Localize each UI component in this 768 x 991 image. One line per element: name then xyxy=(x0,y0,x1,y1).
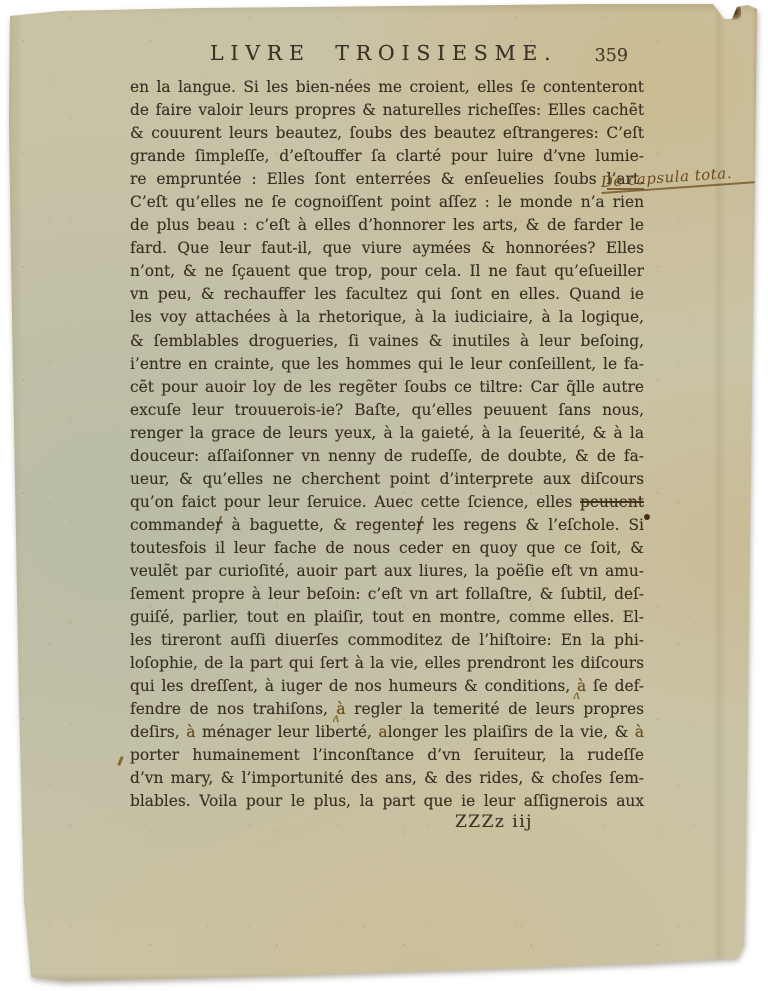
text-line: qu’on faict pour leur ſeruice. Auec cett… xyxy=(130,491,644,514)
text-line: les voy attachées à la rhetorique, à la … xyxy=(130,306,644,329)
text-line: excuſe leur trouuerois-ie? Baſte, qu’ell… xyxy=(130,399,644,422)
text-line: i’entre en crainte, que les hommes qui l… xyxy=(130,353,644,376)
text-line: veulẽt par curioſité, auoir part aux liu… xyxy=(130,560,644,583)
scan-area: LIVRE TROISIESME. 359 en la langue. Si l… xyxy=(0,0,768,991)
text-line: vn peu, & rechauffer les facultez qui ſo… xyxy=(130,283,644,306)
text-line: commander à baguette, & regenter les reg… xyxy=(130,514,644,537)
text-line: ueur, & qu’elles ne cherchent point d’in… xyxy=(130,468,644,491)
book-page: LIVRE TROISIESME. 359 en la langue. Si l… xyxy=(0,0,768,991)
text-line: & couurent leurs beautez, ſoubs des beau… xyxy=(130,122,644,145)
text-line: C’eſt qu’elles ne ſe cognoiſſent point a… xyxy=(130,191,644,214)
page-number: 359 xyxy=(595,46,628,66)
ink-tick-mark xyxy=(117,756,124,766)
text-line: toutesfois il leur fache de nous ceder e… xyxy=(130,537,644,560)
text-line: de plus beau : c’eſt à elles d’honnorer … xyxy=(130,214,644,237)
page-header: LIVRE TROISIESME. 359 xyxy=(130,41,644,71)
text-line: de faire valoir leurs propres & naturell… xyxy=(130,99,644,122)
text-line: en la langue. Si les bien-nées me croien… xyxy=(130,76,644,99)
printer-signature: ZZZz iij xyxy=(130,812,644,832)
text-lines: en la langue. Si les bien-nées me croien… xyxy=(130,76,644,814)
text-line: fendre de nos trahiſons, ʌà regler la te… xyxy=(130,698,644,721)
text-line: d’vn mary, & l’importunité des ans, & de… xyxy=(130,767,644,790)
text-line: porter humainement l’inconſtance d’vn ſe… xyxy=(130,744,644,767)
text-line: renger la grace de leurs yeux, à la gaie… xyxy=(130,422,644,445)
text-line: & ſemblables drogueries, ſi vaines & inu… xyxy=(130,330,644,353)
text-line: qui les dreſſent, à iuger de nos humeurs… xyxy=(130,675,644,698)
text-line: ſement propre à leur beſoin: c’eſt vn ar… xyxy=(130,583,644,606)
text-line: n’ont, & ne ſçauent que trop, pour cela.… xyxy=(130,260,644,283)
text-line: blables. Voila pour le plus, la part que… xyxy=(130,790,644,813)
text-line: deſirs, à ménager leur liberté, alonger … xyxy=(130,721,644,744)
text-line: grande ſimpleſſe, d’eſtouffer ſa clarté … xyxy=(130,145,644,168)
text-line: re empruntée : Elles ſont enterrées & en… xyxy=(130,168,644,191)
text-line: les tireront auſſi diuerſes commoditez d… xyxy=(130,629,644,652)
text-line: cẽt pour auoir loy de les regẽter ſoubs … xyxy=(130,376,644,399)
ink-dot-mark xyxy=(644,514,650,520)
text-line: loſophie, de la part qui ſert à la vie, … xyxy=(130,652,644,675)
text-line: fard. Que leur faut-il, que viure aymées… xyxy=(130,237,644,260)
running-title: LIVRE TROISIESME. xyxy=(210,41,557,65)
text-line: douceur: aſſaiſonner vn nenny de rudeſſe… xyxy=(130,445,644,468)
text-line: guiſé, parlier, tout en plaiſir, tout en… xyxy=(130,606,644,629)
paper-tear-stain xyxy=(727,5,741,20)
